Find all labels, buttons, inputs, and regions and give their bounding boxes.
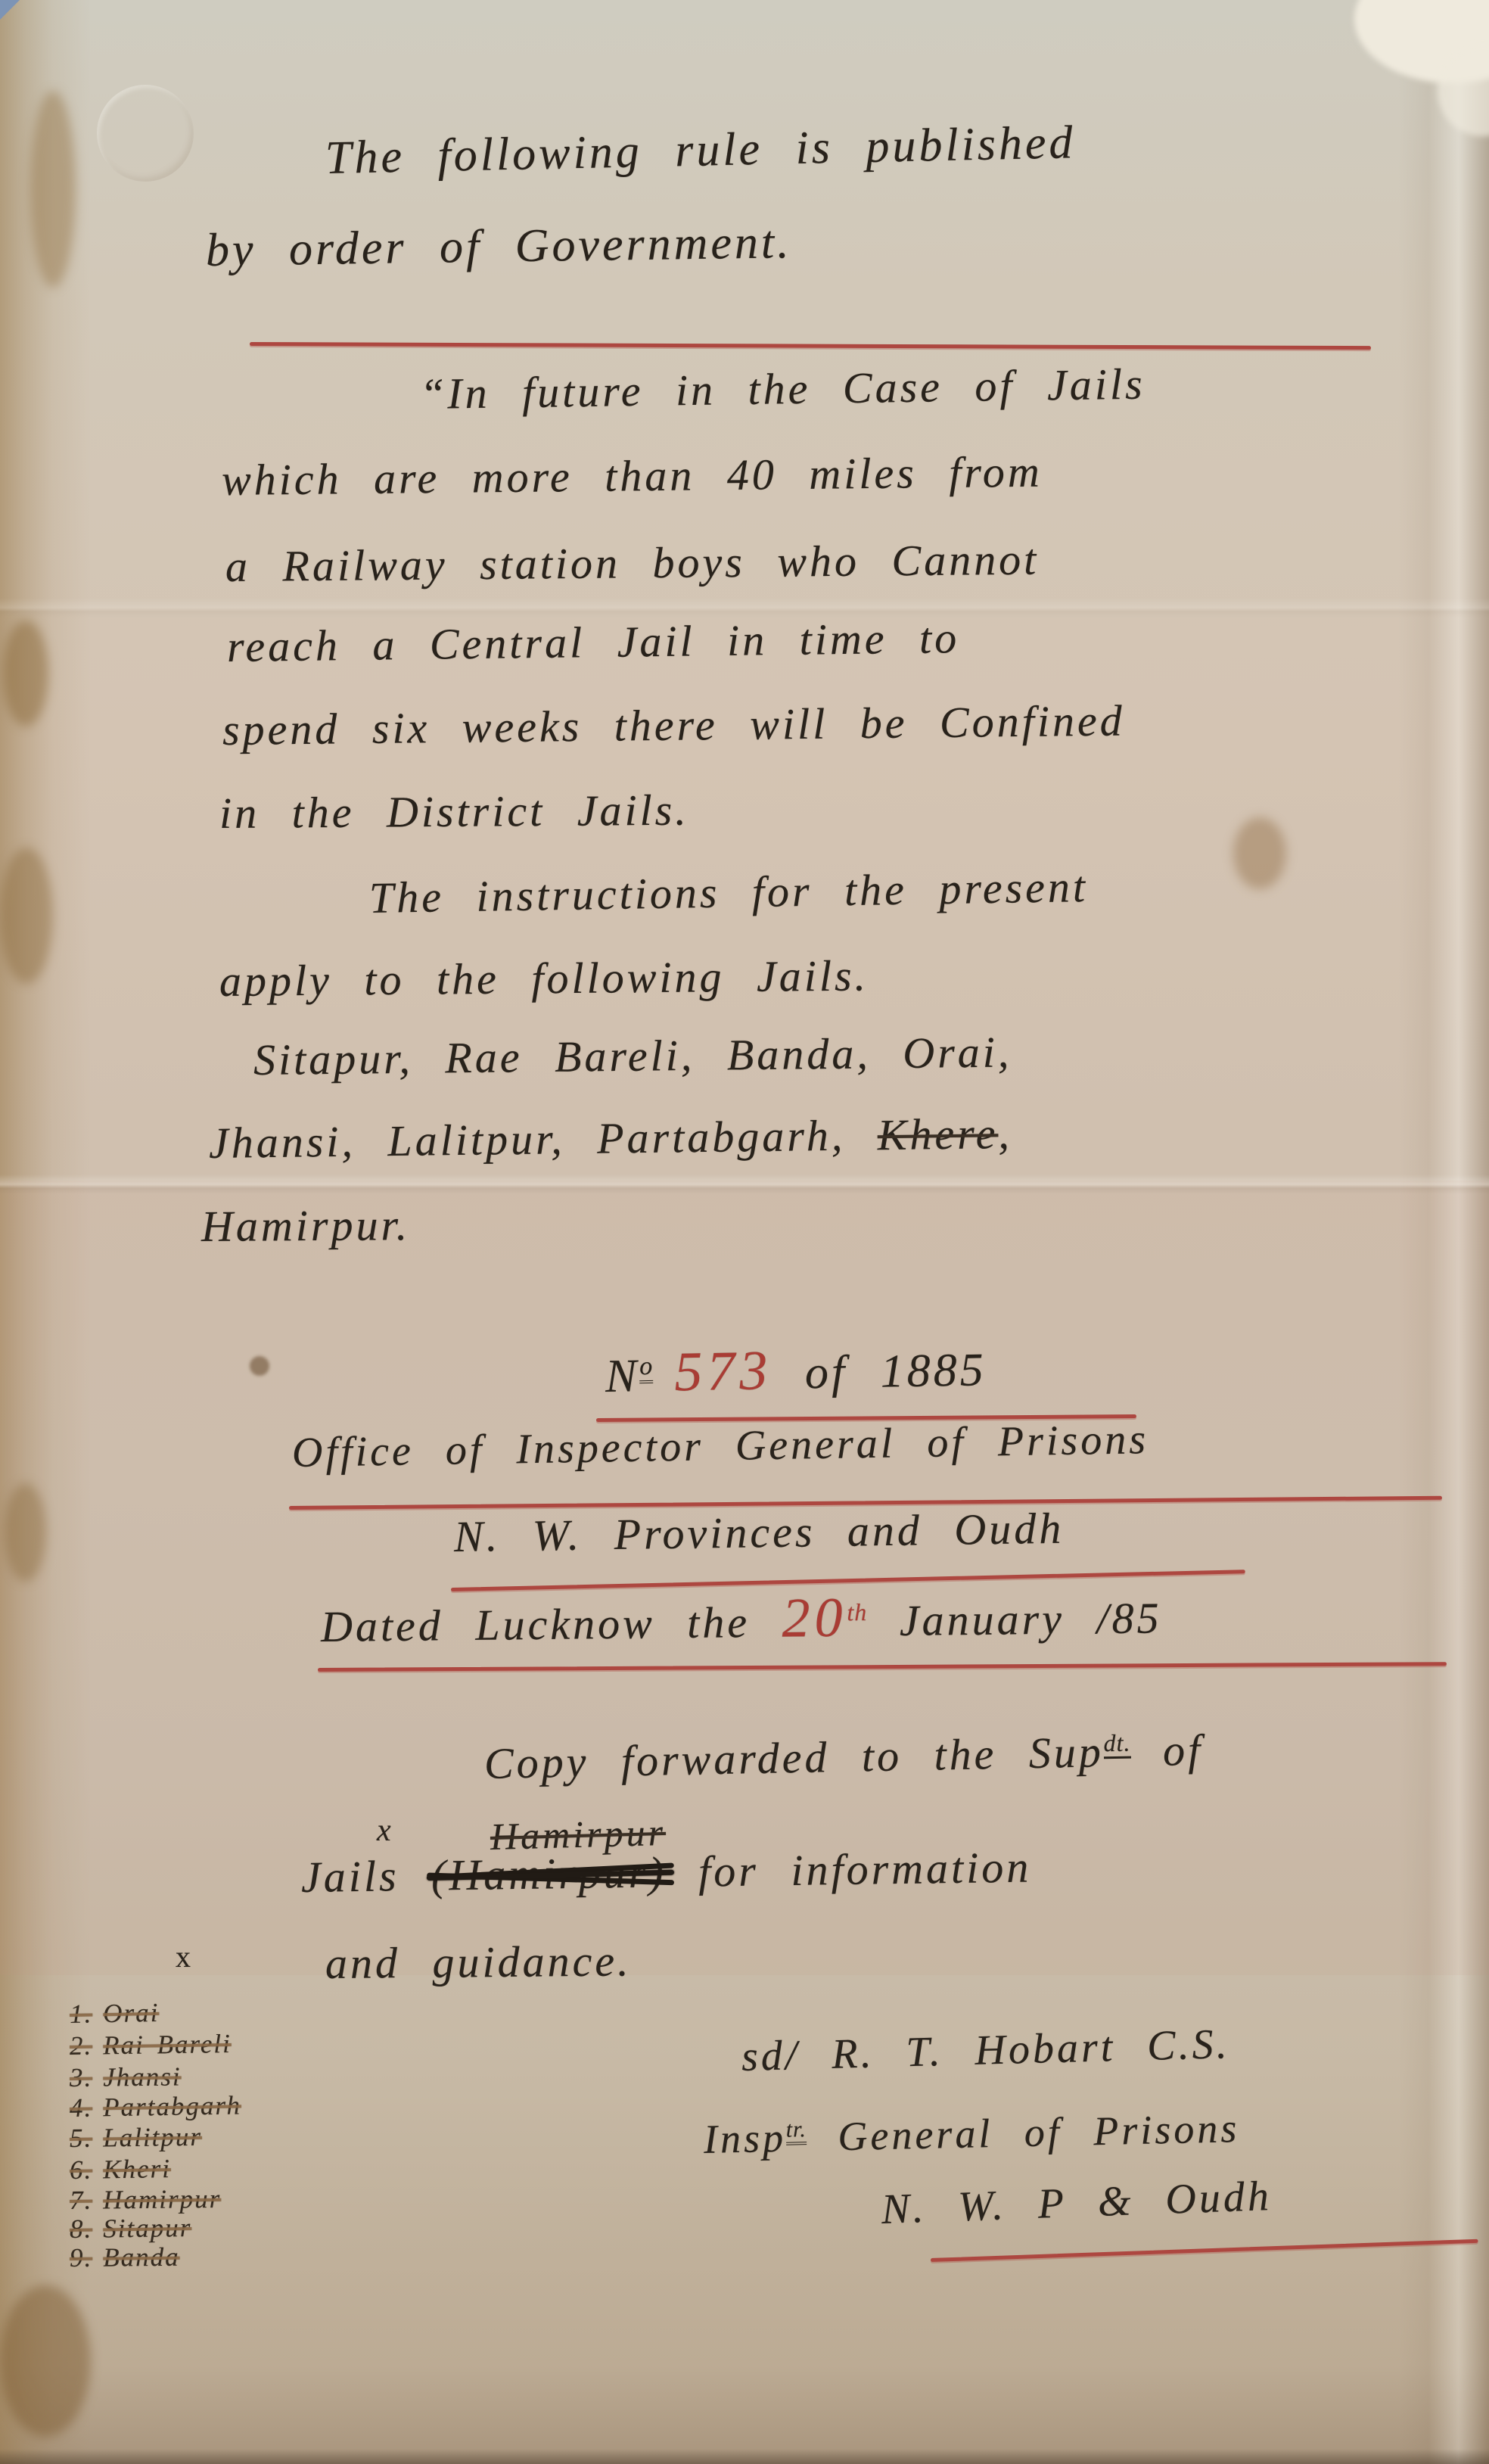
jail-list-line-3: Hamirpur. xyxy=(201,1203,411,1249)
margin-item-8: 8.Sitapur xyxy=(70,2213,192,2245)
manuscript-page: The following rule is published by order… xyxy=(0,0,1489,2464)
margin-item-6: 6.Kheri xyxy=(70,2154,172,2186)
jail-list-line-1: Sitapur, Rae Bareli, Banda, Orai, xyxy=(253,1031,1012,1082)
caret-x-mark: x xyxy=(377,1815,394,1846)
jail-name-struck: Khere xyxy=(877,1109,998,1159)
margin-item-name: Banda xyxy=(103,2242,180,2273)
paragraph1-line-1: “In future in the Case of Jails xyxy=(420,362,1146,416)
inspector-title-rest: General of Prisons xyxy=(806,2105,1240,2160)
red-divider-rule xyxy=(250,342,1371,350)
paragraph1-line-3: a Railway station boys who Cannot xyxy=(225,538,1040,589)
margin-item-number: 5. xyxy=(70,2123,93,2153)
scan-corner xyxy=(0,0,20,20)
margin-item-name: Hamirpur xyxy=(103,2184,221,2215)
province-line: N. W. Provinces and Oudh xyxy=(454,1507,1065,1559)
copy-text-of: of xyxy=(1130,1725,1204,1776)
scribbled-out-word: (Hamirpur) xyxy=(431,1850,667,1897)
fold-crease xyxy=(0,1174,1489,1194)
no-abbrev-superscript: o xyxy=(639,1352,654,1383)
edge-stain xyxy=(3,621,48,726)
margin-item-number: 4. xyxy=(70,2093,93,2123)
paragraph2-line-1: The instructions for the present xyxy=(369,865,1089,920)
margin-item-7: 7.Hamirpur xyxy=(70,2184,222,2216)
margin-x-mark: x xyxy=(176,1942,194,1972)
margin-item-5: 5.Lalitpur xyxy=(70,2122,202,2154)
heading-line-2: by order of Government. xyxy=(206,219,792,274)
paragraph1-line-6: in the District Jails. xyxy=(219,789,689,835)
margin-item-number: 1. xyxy=(70,1999,93,2029)
signature-name: R. T. Hobart C.S. xyxy=(832,2021,1231,2078)
signature-region-line: N. W. P & Oudh xyxy=(881,2175,1273,2231)
margin-item-name: Lalitpur xyxy=(103,2122,202,2153)
edge-stain xyxy=(0,848,53,984)
no-abbrev: N xyxy=(605,1350,640,1402)
copy-text: Copy forwarded to the xyxy=(483,1728,1029,1788)
red-underline-signature xyxy=(931,2239,1478,2262)
margin-item-number: 2. xyxy=(70,2031,93,2061)
margin-item-number: 6. xyxy=(70,2155,93,2185)
dated-day-red: 20 xyxy=(782,1587,847,1650)
margin-item-number: 9. xyxy=(70,2243,93,2273)
margin-item-number: 8. xyxy=(70,2214,93,2244)
margin-item-name: Orai xyxy=(103,1998,160,2028)
dated-month-year: January /85 xyxy=(867,1593,1162,1645)
margin-item-number: 7. xyxy=(70,2186,93,2215)
heading-line-1: The following rule is published xyxy=(325,119,1076,182)
edge-stain xyxy=(0,2285,91,2437)
supdt-superscript: dt. xyxy=(1103,1729,1131,1759)
signed-abbrev: sd/ xyxy=(741,2031,832,2080)
paragraph1-line-2: which are more than 40 miles from xyxy=(222,450,1043,502)
ink-stain xyxy=(1233,817,1286,889)
signature-title-line: Insptr. General of Prisons xyxy=(703,2108,1239,2160)
order-number-red: 573 xyxy=(674,1339,772,1403)
paragraph2-line-2: apply to the following Jails. xyxy=(219,954,869,1003)
copy-line-2: Jails (Hamirpur) for information xyxy=(301,1846,1032,1899)
dated-text: Dated Lucknow the xyxy=(321,1598,782,1651)
margin-item-name: Partabgarh xyxy=(103,2090,241,2122)
dated-day-superscript: th xyxy=(847,1599,867,1626)
signature-line: sd/ R. T. Hobart C.S. xyxy=(741,2023,1230,2078)
paragraph1-line-4: reach a Central Jail in time to xyxy=(227,616,960,669)
ink-spot xyxy=(250,1356,269,1376)
margin-item-1: 1.Orai xyxy=(70,1998,160,2030)
for-information-text: for information xyxy=(666,1843,1031,1897)
embossed-seal xyxy=(97,85,194,182)
margin-item-name: Kheri xyxy=(103,2154,171,2184)
page-bottom-edge xyxy=(0,2449,1489,2464)
dated-line: Dated Lucknow the 20th January /85 xyxy=(321,1586,1162,1651)
jail-list-line-2-comma: , xyxy=(998,1109,1012,1158)
margin-item-9: 9.Banda xyxy=(70,2242,180,2273)
margin-item-name: Sitapur xyxy=(103,2213,192,2243)
jail-list-line-2: Jhansi, Lalitpur, Partabgarh, Khere, xyxy=(209,1112,1013,1165)
margin-item-4: 4.Partabgarh xyxy=(70,2090,242,2123)
edge-stain xyxy=(5,1483,46,1582)
edge-stain xyxy=(30,91,76,288)
inspector-superscript: tr. xyxy=(785,2117,807,2145)
order-year: of 1885 xyxy=(772,1344,987,1399)
fold-crease-2 xyxy=(0,598,1489,618)
inspector-abbrev: Insp xyxy=(703,2115,786,2162)
margin-item-name: Rai Bareli xyxy=(103,2029,232,2060)
copy-line-3: and guidance. xyxy=(325,1939,632,1986)
order-number-line: No573 of 1885 xyxy=(605,1339,987,1402)
supdt-base: Sup xyxy=(1028,1727,1104,1778)
margin-item-3: 3.Jhansi xyxy=(70,2061,182,2093)
jails-word: Jails xyxy=(301,1851,432,1902)
paragraph1-line-5: spend six weeks there will be Confined xyxy=(222,699,1125,752)
margin-item-2: 2.Rai Bareli xyxy=(70,2029,232,2061)
jail-list-line-2-text: Jhansi, Lalitpur, Partabgarh, xyxy=(209,1110,878,1168)
margin-item-number: 3. xyxy=(70,2063,93,2092)
margin-item-name: Jhansi xyxy=(103,2061,182,2092)
